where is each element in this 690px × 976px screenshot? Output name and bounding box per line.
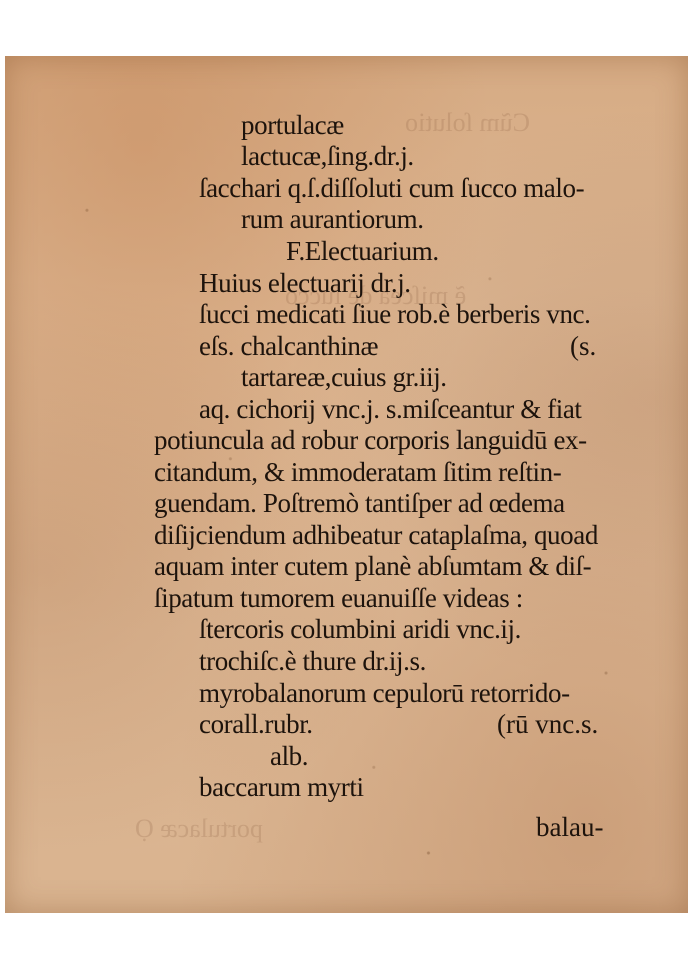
text-line: lactucæ,ſing.dr.j. <box>241 141 414 171</box>
text-line: potiuncula ad robur corporis languidū ex… <box>154 425 587 455</box>
text-line: rum aurantiorum. <box>241 204 424 234</box>
text-line: portulacæ <box>241 110 344 140</box>
text-line: ſucci medicati ſiue rob.è berberis vnc. <box>199 299 590 329</box>
text-line: aq. cichorij vnc.j. s.miſceantur & fiat <box>199 394 582 424</box>
text-line: ſacchari q.ſ.diſſoluti cum ſucco malo- <box>199 173 584 203</box>
text-line: corall.rubr. <box>199 709 313 739</box>
section-heading: F.Electuarium. <box>286 236 439 266</box>
text-line: diſijciendum adhibeatur cataplaſma, quoa… <box>154 520 598 550</box>
text-line: ſtercoris columbini aridi vnc.ij. <box>199 614 521 644</box>
bleed-through-text: portulacæ Ọ <box>135 814 263 844</box>
text-line-right-fragment: (rū vnc.s. <box>497 709 598 739</box>
bleed-through-text: Cũm ſolutio <box>405 108 530 138</box>
text-line: ſipatum tumorem euanuiſſe videas : <box>154 583 523 613</box>
catchword: balau- <box>536 812 603 842</box>
text-line: baccarum myrti <box>199 772 364 802</box>
text-line: eſs. chalcanthinæ <box>199 331 378 361</box>
text-line: trochiſc.è thure dr.ij.s. <box>199 646 426 676</box>
text-line: alb. <box>270 741 308 771</box>
text-line: aquam inter cutem planè abſumtam & diſ- <box>154 551 591 581</box>
text-line: guendam. Poſtremò tantiſper ad œdema <box>154 488 565 518</box>
text-line: Huius electuarij dr.j. <box>199 268 411 298</box>
text-line: citandum, & immoderatam ſitim reſtin- <box>154 457 561 487</box>
text-line: tartareæ,cuius gr.iij. <box>241 362 447 392</box>
text-line-right-fragment: (s. <box>570 331 596 361</box>
text-line: myrobalanorum cepulorū retorrido- <box>199 678 570 708</box>
